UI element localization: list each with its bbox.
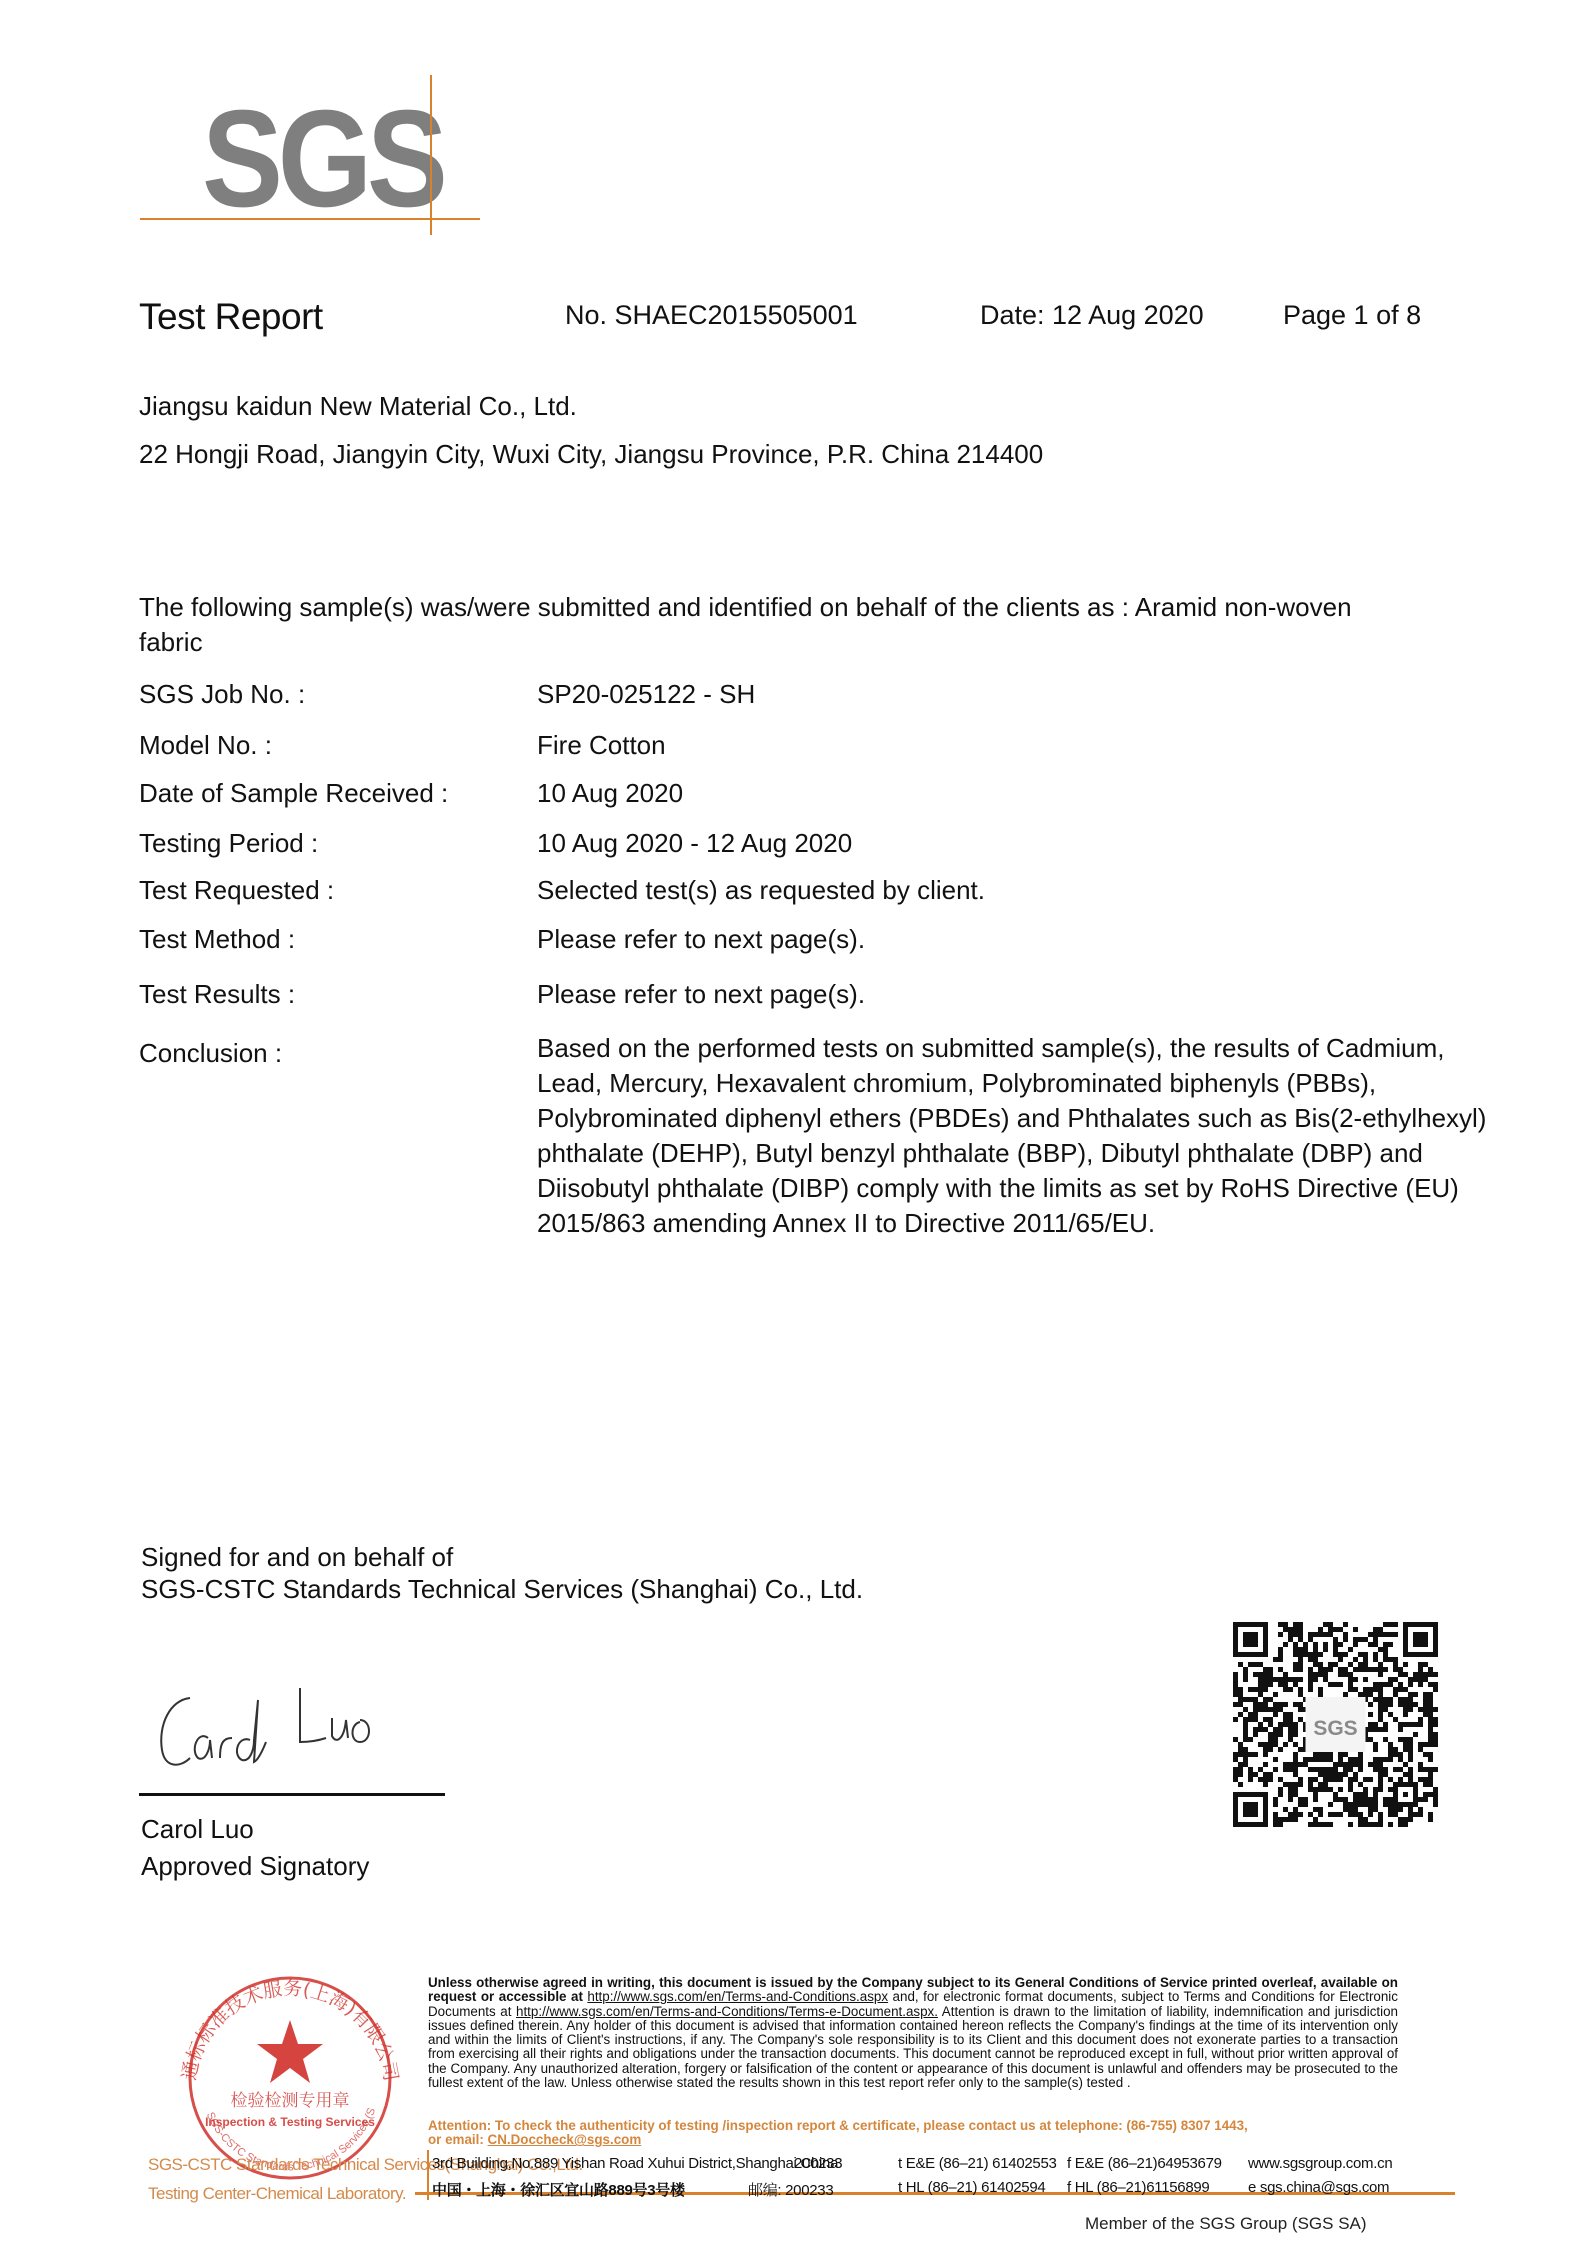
page-indicator: Page 1 of 8 bbox=[1283, 300, 1421, 331]
fax-hl: f HL (86–21)61156899 bbox=[1067, 2179, 1209, 2196]
phone-hl: t HL (86–21) 61402594 bbox=[898, 2179, 1045, 2196]
field-value-job-no: SP20-025122 - SH bbox=[537, 679, 755, 710]
stamp-center-en: Inspection & Testing Services bbox=[205, 2115, 375, 2129]
signed-for-label: Signed for and on behalf of bbox=[141, 1542, 453, 1573]
e-document-terms-link[interactable]: http://www.sgs.com/en/Terms-and-Conditio… bbox=[516, 2004, 938, 2019]
postal-code-en: 200233 bbox=[794, 2155, 842, 2172]
field-value-test-requested: Selected test(s) as requested by client. bbox=[537, 875, 985, 906]
report-title: Test Report bbox=[139, 296, 323, 338]
conclusion-label: Conclusion : bbox=[139, 1038, 282, 1069]
sgs-logo: SGS bbox=[140, 70, 480, 240]
phone-ee: t E&E (86–21) 61402553 bbox=[898, 2155, 1057, 2172]
field-value-test-method: Please refer to next page(s). bbox=[537, 924, 865, 955]
signer-role: Approved Signatory bbox=[141, 1851, 369, 1882]
signature-line bbox=[139, 1793, 445, 1796]
terms-link[interactable]: http://www.sgs.com/en/Terms-and-Conditio… bbox=[587, 1989, 888, 2004]
client-address: 22 Hongji Road, Jiangyin City, Wuxi City… bbox=[139, 437, 1043, 472]
client-name: Jiangsu kaidun New Material Co., Ltd. bbox=[139, 389, 577, 424]
office-address-cn: 中国・上海・徐汇区宜山路889号3号楼 bbox=[432, 2179, 685, 2200]
field-value-testing-period: 10 Aug 2020 - 12 Aug 2020 bbox=[537, 828, 852, 859]
conclusion-text: Based on the performed tests on submitte… bbox=[537, 1031, 1487, 1241]
field-label-job-no: SGS Job No. : bbox=[139, 679, 305, 710]
contact-email-link[interactable]: e sgs.china@sgs.com bbox=[1248, 2179, 1389, 2196]
office-address-en: 3rd Building,No.889 Yishan Road Xuhui Di… bbox=[432, 2155, 838, 2172]
field-label-test-method: Test Method : bbox=[139, 924, 295, 955]
field-label-test-requested: Test Requested : bbox=[139, 875, 334, 906]
logo-text: SGS bbox=[202, 90, 443, 228]
field-value-test-results: Please refer to next page(s). bbox=[537, 979, 865, 1010]
legal-disclaimer: Unless otherwise agreed in writing, this… bbox=[428, 1976, 1398, 2090]
logo-vertical-line bbox=[430, 75, 432, 235]
fax-ee: f E&E (86–21)64953679 bbox=[1067, 2155, 1222, 2172]
authenticity-notice: Attention: To check the authenticity of … bbox=[428, 2119, 1428, 2148]
field-label-testing-period: Testing Period : bbox=[139, 828, 318, 859]
stamp-center-cn: 检验检测专用章 bbox=[231, 2090, 350, 2111]
qr-center-label: SGS bbox=[1313, 1717, 1357, 1740]
sample-intro: The following sample(s) was/were submitt… bbox=[139, 590, 1419, 660]
field-label-test-results: Test Results : bbox=[139, 979, 295, 1010]
verification-qr-code[interactable]: SGS bbox=[1233, 1622, 1438, 1827]
field-label-date-received: Date of Sample Received : bbox=[139, 778, 448, 809]
group-membership: Member of the SGS Group (SGS SA) bbox=[1085, 2214, 1367, 2234]
handwritten-signature bbox=[150, 1680, 390, 1780]
report-number: No. SHAEC2015505001 bbox=[565, 300, 858, 331]
logo-horizontal-line bbox=[140, 218, 480, 220]
doccheck-email-link[interactable]: CN.Doccheck@sgs.com bbox=[488, 2132, 642, 2147]
field-value-date-received: 10 Aug 2020 bbox=[537, 778, 683, 809]
report-date: Date: 12 Aug 2020 bbox=[980, 300, 1204, 331]
lab-department: Testing Center-Chemical Laboratory. bbox=[148, 2184, 406, 2204]
field-value-model-no: Fire Cotton bbox=[537, 730, 666, 761]
signing-company: SGS-CSTC Standards Technical Services (S… bbox=[141, 1574, 863, 1605]
website-link[interactable]: www.sgsgroup.com.cn bbox=[1248, 2155, 1392, 2172]
postal-code-cn: 邮编: 200233 bbox=[748, 2179, 833, 2200]
signer-name: Carol Luo bbox=[141, 1814, 254, 1845]
field-label-model-no: Model No. : bbox=[139, 730, 272, 761]
